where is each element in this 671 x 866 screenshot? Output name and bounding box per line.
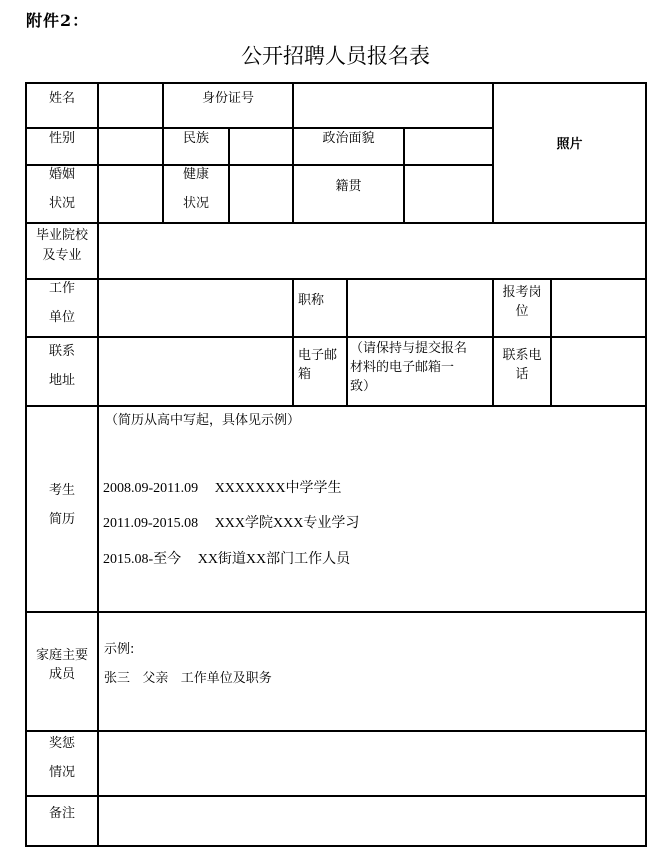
family-example-label: 示例: — [104, 637, 304, 663]
resume-content[interactable]: （简历从高中写起，具体见示例） 2008.09-2011.09 XXXXXXX中… — [103, 405, 643, 610]
label-political-status: 政治面貌 — [294, 126, 403, 152]
input-remarks[interactable] — [99, 797, 645, 845]
input-rewards[interactable] — [99, 732, 645, 795]
resume-period: 2015.08-至今 — [103, 552, 181, 567]
input-ethnicity[interactable] — [230, 129, 292, 164]
resume-desc: XXX学院XXX专业学习 — [215, 516, 360, 531]
table-border-bottom — [25, 845, 647, 847]
input-school-major[interactable] — [99, 224, 645, 278]
table-border-right — [645, 82, 647, 847]
input-phone[interactable] — [552, 338, 645, 405]
input-marital-status[interactable] — [99, 166, 162, 222]
resume-desc: XXXXXXX中学学生 — [215, 481, 342, 496]
photo-box[interactable]: 照片 — [494, 84, 645, 206]
label-gender: 性别 — [27, 126, 97, 152]
label-position-applied: 报考岗 位 — [494, 283, 550, 321]
label-rewards: 奖惩 情况 — [27, 729, 97, 787]
input-health-status[interactable] — [230, 166, 292, 222]
row-divider — [25, 611, 647, 613]
input-political-status[interactable] — [405, 129, 492, 164]
label-remarks: 备注 — [27, 801, 97, 827]
label-health-status: 健康 状况 — [164, 160, 228, 218]
form-title: 公开招聘人员报名表 — [0, 40, 671, 70]
input-address[interactable] — [99, 338, 292, 405]
label-address: 联系 地址 — [27, 337, 97, 395]
label-job-title: 职称 — [298, 288, 346, 314]
input-position-applied[interactable] — [552, 280, 645, 336]
resume-period: 2008.09-2011.09 — [103, 481, 198, 496]
col-divider — [292, 278, 294, 407]
resume-period: 2011.09-2015.08 — [103, 516, 198, 531]
label-id-number: 身份证号 — [164, 86, 292, 112]
label-native-place: 籍贯 — [294, 174, 403, 200]
email-note[interactable]: （请保持与提交报名 材料的电子邮箱一 致） — [350, 339, 492, 396]
input-id-number[interactable] — [294, 84, 492, 127]
resume-entry: 2008.09-2011.09 XXXXXXX中学学生 — [103, 477, 341, 497]
label-resume: 考生 简历 — [27, 476, 97, 534]
label-marital-status: 婚姻 状况 — [27, 160, 97, 218]
label-school-major: 毕业院校 及专业 — [27, 226, 97, 266]
label-phone: 联系电 话 — [494, 346, 550, 384]
resume-entry: 2015.08-至今 XX街道XX部门工作人员 — [103, 548, 350, 568]
label-name: 姓名 — [27, 86, 97, 112]
resume-entry: 2011.09-2015.08 XXX学院XXX专业学习 — [103, 512, 359, 532]
label-ethnicity: 民族 — [164, 126, 228, 152]
input-native-place[interactable] — [405, 166, 492, 222]
input-job-title[interactable] — [348, 280, 492, 336]
label-email: 电子邮 箱 — [298, 346, 346, 384]
attachment-label: 附件2： — [26, 8, 89, 31]
input-work-unit[interactable] — [99, 280, 292, 336]
input-gender[interactable] — [99, 129, 162, 164]
input-name[interactable] — [99, 84, 162, 127]
family-example-row: 张三 父亲 工作单位及职务 — [104, 666, 404, 692]
resume-desc: XX街道XX部门工作人员 — [198, 552, 350, 567]
label-work-unit: 工作 单位 — [27, 274, 97, 332]
label-family: 家庭主要 成员 — [27, 646, 97, 684]
resume-hint: （简历从高中写起，具体见示例） — [105, 409, 300, 428]
